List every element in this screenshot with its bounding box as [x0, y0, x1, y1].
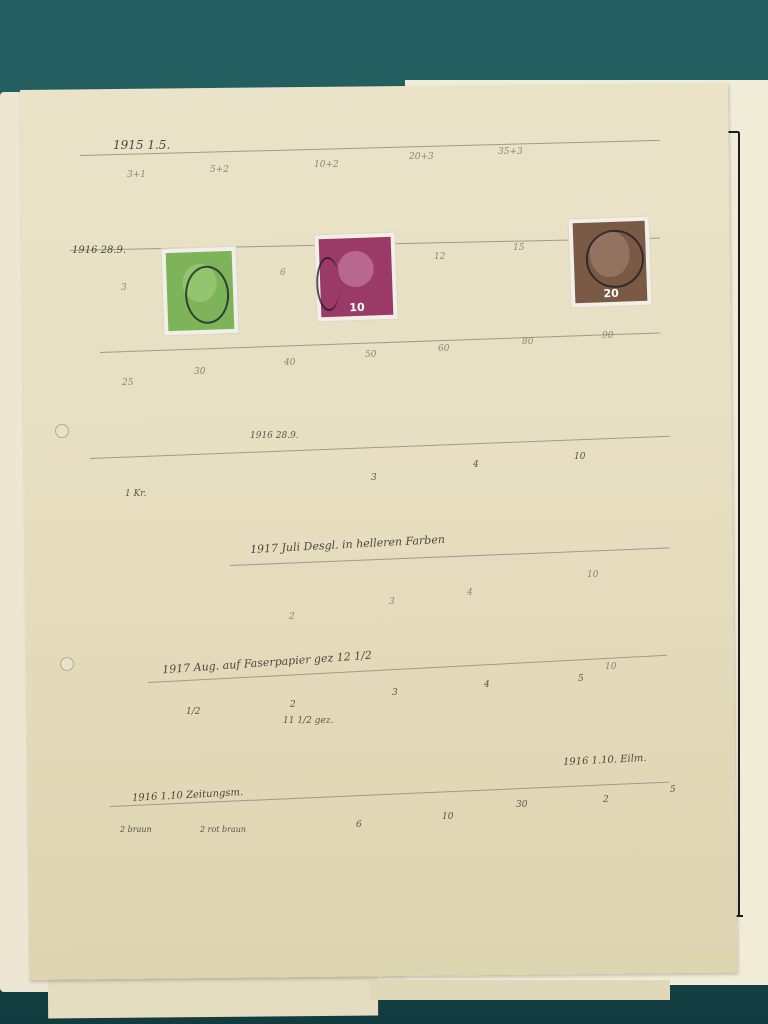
catalog-value: 3	[121, 283, 127, 293]
variety-note: 2 braun	[120, 825, 152, 834]
catalog-value: 5	[670, 785, 676, 795]
catalog-value: 50	[365, 350, 376, 360]
catalog-value: 80	[522, 337, 533, 347]
catalog-value: 2	[290, 700, 296, 710]
catalog-value: 4	[484, 680, 490, 690]
punch-hole	[60, 657, 74, 671]
catalog-value: 30	[516, 800, 527, 810]
catalog-value: 35+3	[498, 147, 523, 157]
crown-emblem-icon	[337, 251, 374, 288]
catalog-value: 3+1	[127, 170, 146, 180]
issue-date-1916-b: 1916 28.9.	[250, 431, 299, 441]
postmark	[585, 229, 645, 289]
green-crown-stamp	[162, 247, 239, 336]
torn-page-edge	[370, 980, 670, 1000]
punch-hole	[55, 424, 69, 438]
catalog-value: 15	[513, 243, 524, 253]
catalog-value: 2	[289, 612, 295, 622]
torn-page-edge	[48, 974, 378, 1019]
catalog-value: 3	[371, 473, 377, 483]
page-frame-right	[738, 132, 740, 917]
catalog-value: 3	[392, 688, 398, 698]
catalog-value: 30	[194, 367, 205, 377]
catalog-value: 20+3	[409, 152, 434, 162]
catalog-value: 4	[473, 460, 479, 470]
perforation-note: 11 1/2 gez.	[283, 716, 333, 726]
catalog-value: 10+2	[314, 160, 339, 170]
catalog-value: 10	[574, 452, 585, 462]
catalog-value: 10	[587, 570, 598, 580]
catalog-value: 60	[438, 344, 449, 354]
catalog-value: 5+2	[210, 165, 229, 175]
catalog-value: 3	[389, 597, 395, 607]
catalog-value: 1 Kr.	[125, 489, 147, 499]
catalog-value: 40	[284, 358, 295, 368]
catalog-value: 6	[280, 268, 286, 278]
variety-note: 2 rot braun	[200, 825, 246, 834]
postmark	[184, 265, 230, 325]
catalog-value: 4	[467, 588, 473, 598]
catalog-value: 2	[603, 795, 609, 805]
catalog-value: 5	[578, 674, 584, 684]
issue-date-1915: 1915 1.5.	[113, 138, 170, 152]
catalog-value: 90	[602, 331, 613, 341]
catalog-value: 10	[605, 662, 616, 672]
catalog-value: 1/2	[186, 707, 200, 717]
catalog-value: 6	[356, 820, 362, 830]
issue-date-1916: 1916 28.9.	[72, 245, 126, 256]
catalog-value: 10	[442, 812, 453, 822]
brown-portrait-stamp: 20	[568, 217, 651, 308]
catalog-value: 25	[122, 378, 133, 388]
catalog-value: 12	[434, 252, 445, 262]
magenta-crown-stamp: 10	[315, 233, 398, 322]
